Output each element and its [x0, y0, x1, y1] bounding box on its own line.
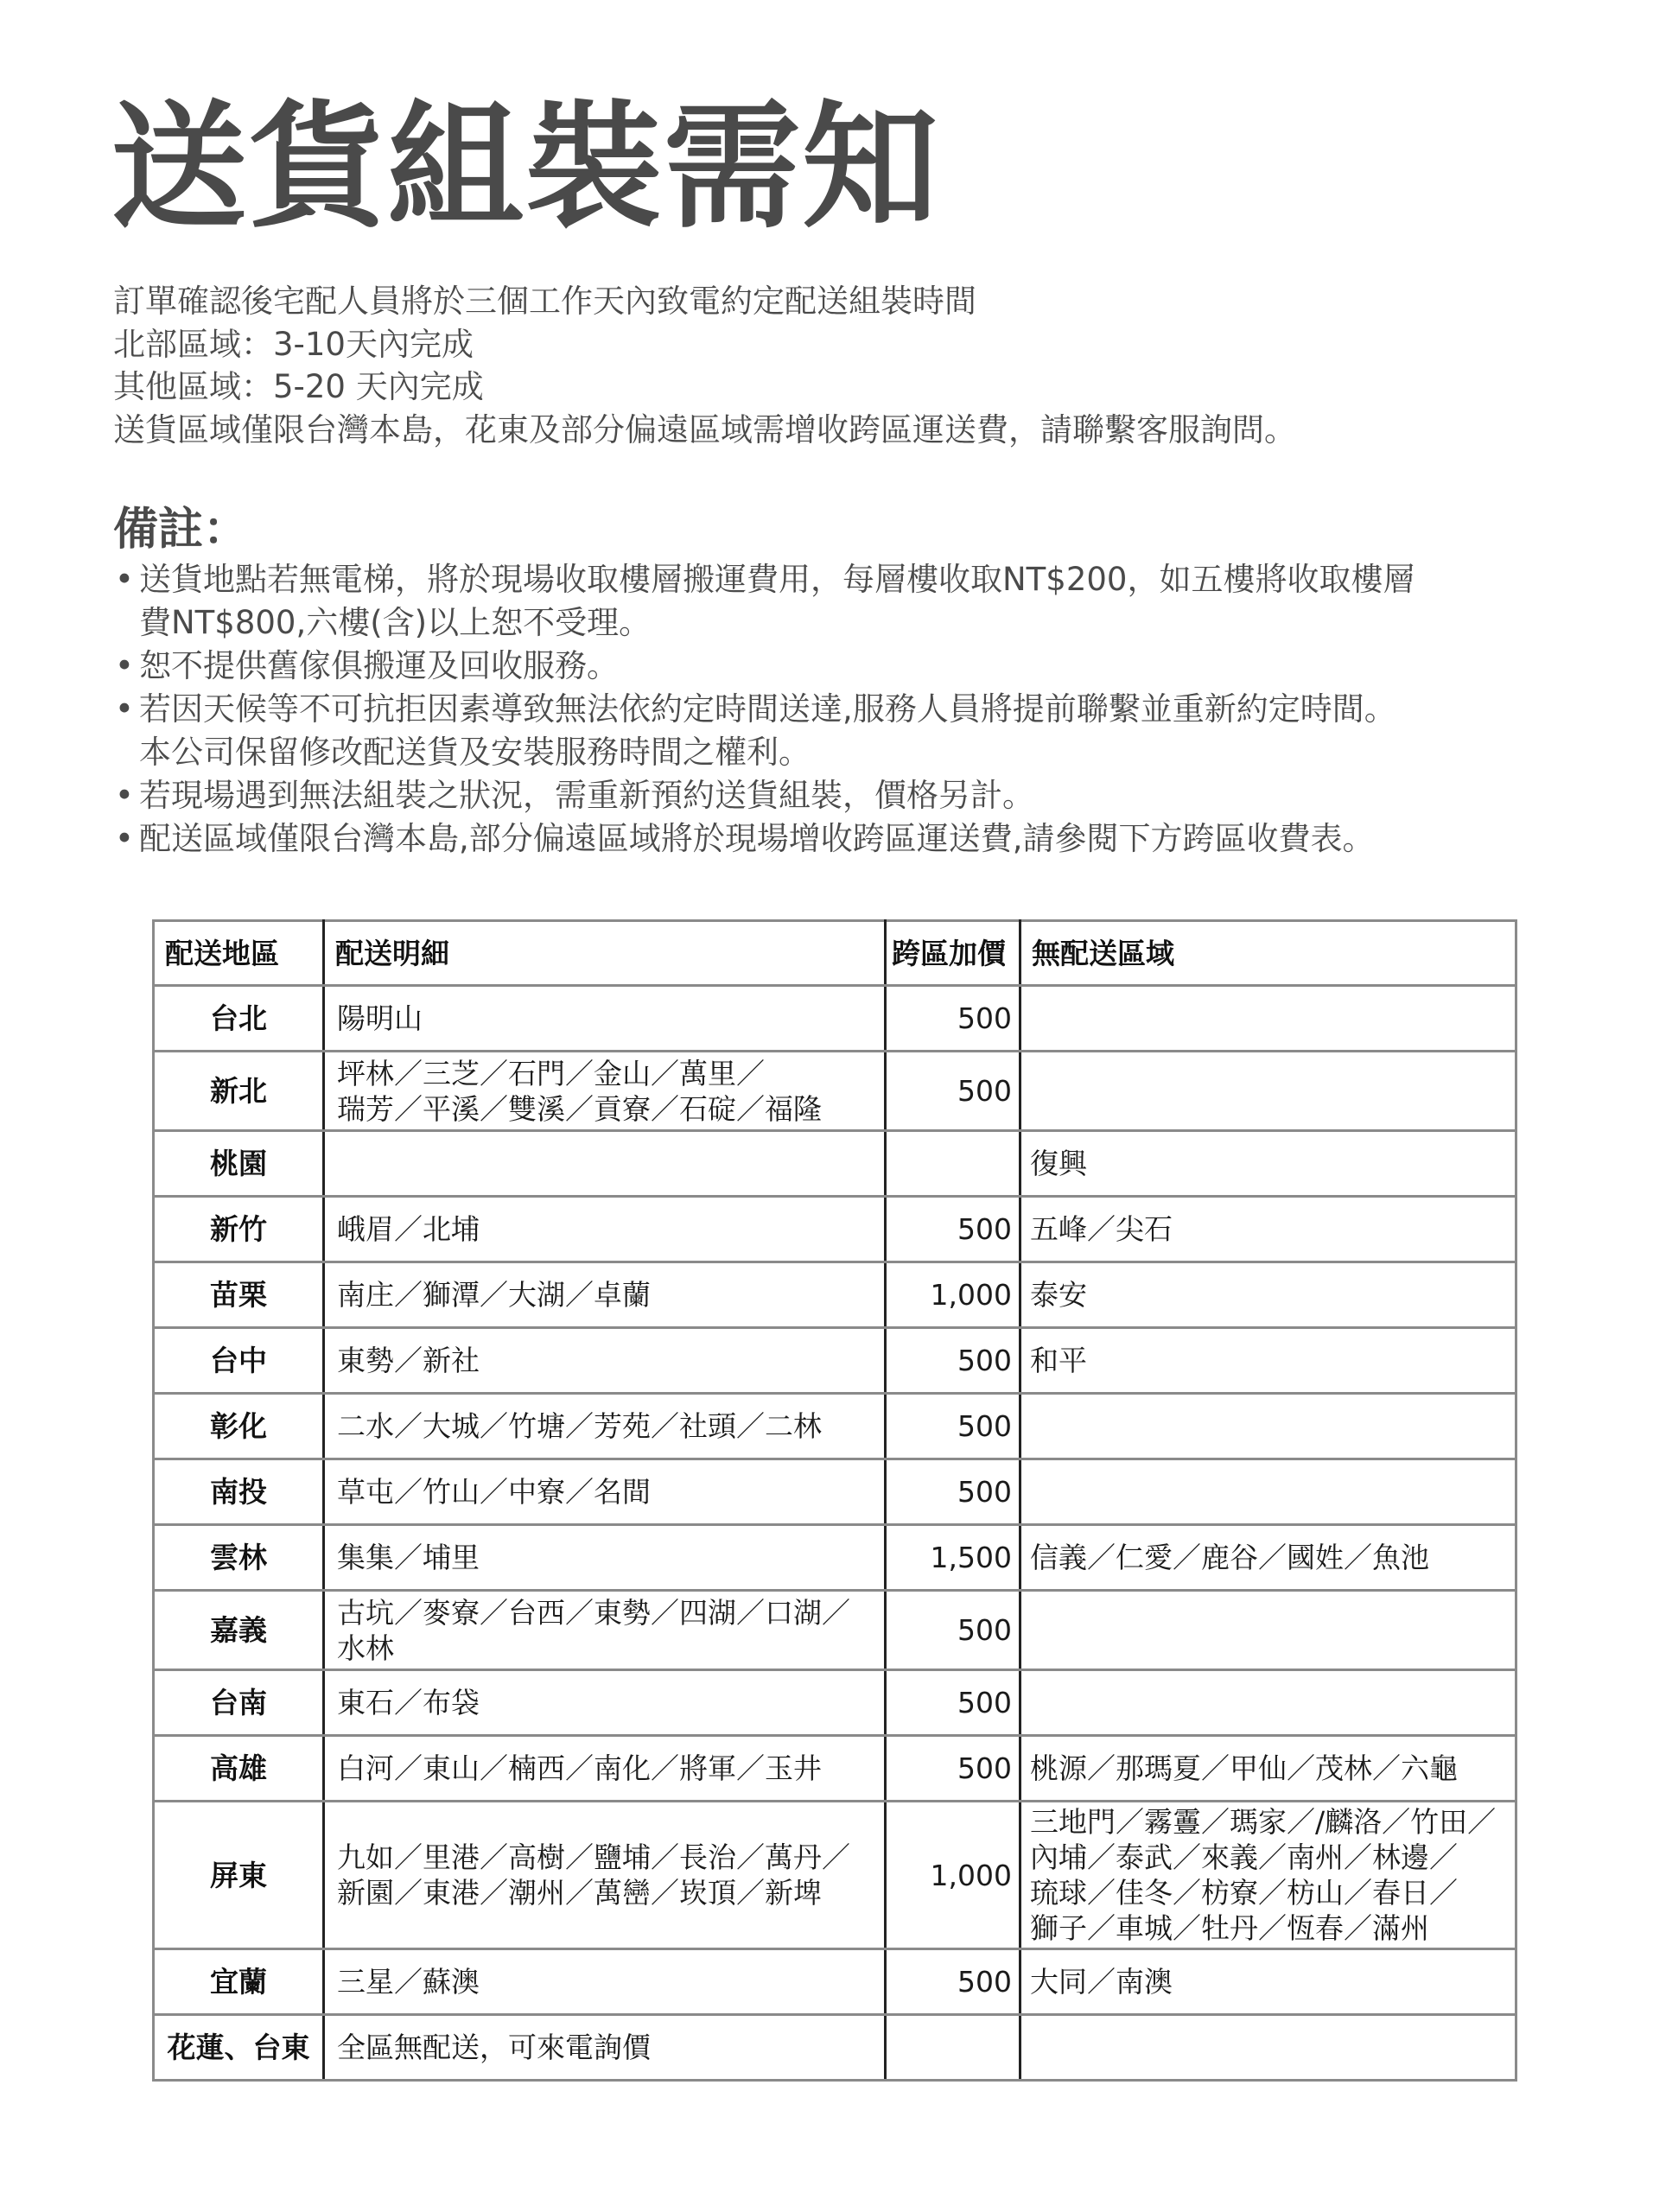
detail-cell: 三星／蘇澳	[324, 1949, 886, 2015]
region-cell: 高雄	[154, 1736, 324, 1802]
region-cell: 台南	[154, 1670, 324, 1736]
surcharge-cell: 500	[886, 1328, 1020, 1394]
column-header-surcharge: 跨區加價	[886, 921, 1020, 986]
column-header-detail: 配送明細	[324, 921, 886, 986]
no-delivery-cell	[1020, 1459, 1516, 1525]
table-row: 雲林 集集／埔里 1,500 信義／仁愛／鹿谷／國姓／魚池	[154, 1525, 1516, 1591]
note-item-assembly-issue: • 若現場遇到無法組裝之狀況，需重新預約送貨組裝，價格另計。	[113, 774, 1565, 817]
region-cell: 屏東	[154, 1802, 324, 1949]
bullet-icon: •	[115, 645, 134, 688]
no-delivery-line: 三地門／霧霻／瑪家／/麟洛／竹田／	[1030, 1804, 1506, 1840]
no-delivery-cell	[1020, 986, 1516, 1052]
note-text: 送貨地點若無電梯，將於現場收取樓層搬運費用，每層樓收取NT$200，如五樓將收取…	[139, 558, 1565, 601]
note-text: 費NT$800,六樓(含)以上恕不受理。	[139, 601, 1565, 645]
no-delivery-cell	[1020, 2015, 1516, 2081]
bullet-icon: •	[115, 817, 134, 861]
region-cell: 台北	[154, 986, 324, 1052]
table-row: 高雄 白河／東山／楠西／南化／將軍／玉井 500 桃源／那瑪夏／甲仙／茂林／六龜	[154, 1736, 1516, 1802]
no-delivery-cell: 泰安	[1020, 1262, 1516, 1328]
no-delivery-cell: 桃源／那瑪夏／甲仙／茂林／六龜	[1020, 1736, 1516, 1802]
table-row: 屏東 九如／里港／高樹／鹽埔／長治／萬丹／ 新園／東港／潮州／萬巒／崁頂／新埤 …	[154, 1802, 1516, 1949]
surcharge-cell: 500	[886, 1197, 1020, 1262]
surcharge-cell: 500	[886, 1459, 1020, 1525]
no-delivery-cell	[1020, 1394, 1516, 1459]
no-delivery-cell: 三地門／霧霻／瑪家／/麟洛／竹田／ 內埔／泰武／來義／南州／林邊／ 琉球／佳冬／…	[1020, 1802, 1516, 1949]
no-delivery-cell: 大同／南澳	[1020, 1949, 1516, 2015]
no-delivery-cell: 復興	[1020, 1131, 1516, 1197]
no-delivery-line: 和平	[1030, 1343, 1506, 1378]
bullet-icon: •	[115, 774, 134, 817]
detail-cell: 全區無配送，可來電詢價	[324, 2015, 886, 2081]
table-row: 新北 坪林／三芝／石門／金山／萬里／ 瑞芳／平溪／雙溪／貢寮／石碇／福隆 500	[154, 1052, 1516, 1131]
detail-cell: 九如／里港／高樹／鹽埔／長治／萬丹／ 新園／東港／潮州／萬巒／崁頂／新埤	[324, 1802, 886, 1949]
detail-cell	[324, 1131, 886, 1197]
note-item-no-recycling: • 恕不提供舊傢俱搬運及回收服務。	[113, 645, 1565, 688]
detail-line: 瑞芳／平溪／雙溪／貢寮／石碇／福隆	[337, 1091, 875, 1127]
table-row: 台中 東勢／新社 500 和平	[154, 1328, 1516, 1394]
region-cell: 桃園	[154, 1131, 324, 1197]
table-row: 宜蘭 三星／蘇澳 500 大同／南澳	[154, 1949, 1516, 2015]
table-row: 台北 陽明山 500	[154, 986, 1516, 1052]
surcharge-cell: 500	[886, 1736, 1020, 1802]
no-delivery-line: 泰安	[1030, 1277, 1506, 1313]
no-delivery-line: 內埔／泰武／來義／南州／林邊／	[1030, 1840, 1506, 1875]
surcharge-cell: 1,500	[886, 1525, 1020, 1591]
note-text: 本公司保留修改配送貨及安裝服務時間之權利。	[139, 731, 1565, 774]
surcharge-cell: 500	[886, 1591, 1020, 1670]
detail-cell: 白河／東山／楠西／南化／將軍／玉井	[324, 1736, 886, 1802]
table-row: 桃園 復興	[154, 1131, 1516, 1197]
detail-line: 集集／埔里	[337, 1540, 875, 1575]
table-row: 南投 草屯／竹山／中寮／名間 500	[154, 1459, 1516, 1525]
region-cell: 雲林	[154, 1525, 324, 1591]
surcharge-cell: 1,000	[886, 1802, 1020, 1949]
table-row: 彰化 二水／大城／竹塘／芳苑／社頭／二林 500	[154, 1394, 1516, 1459]
detail-cell: 陽明山	[324, 986, 886, 1052]
note-text: 恕不提供舊傢俱搬運及回收服務。	[139, 645, 1565, 688]
table-row: 花蓮、台東 全區無配送，可來電詢價	[154, 2015, 1516, 2081]
no-delivery-cell: 五峰／尖石	[1020, 1197, 1516, 1262]
detail-cell: 東石／布袋	[324, 1670, 886, 1736]
note-text: 配送區域僅限台灣本島,部分偏遠區域將於現場增收跨區運送費,請參閱下方跨區收費表。	[139, 817, 1565, 861]
detail-cell: 坪林／三芝／石門／金山／萬里／ 瑞芳／平溪／雙溪／貢寮／石碇／福隆	[324, 1052, 886, 1131]
detail-line: 白河／東山／楠西／南化／將軍／玉井	[337, 1751, 875, 1786]
note-text: 若現場遇到無法組裝之狀況，需重新預約送貨組裝，價格另計。	[139, 774, 1565, 817]
detail-line: 陽明山	[337, 1001, 875, 1036]
detail-cell: 二水／大城／竹塘／芳苑／社頭／二林	[324, 1394, 886, 1459]
region-cell: 彰化	[154, 1394, 324, 1459]
surcharge-table: 配送地區 配送明細 跨區加價 無配送區域 台北 陽明山 500 新北 坪林／三芝…	[152, 919, 1517, 2082]
no-delivery-line: 獅子／車城／牡丹／恆春／滿州	[1030, 1910, 1506, 1946]
detail-line: 坪林／三芝／石門／金山／萬里／	[337, 1056, 875, 1091]
bullet-icon: •	[115, 688, 134, 731]
table-row: 嘉義 古坑／麥寮／台西／東勢／四湖／口湖／ 水林 500	[154, 1591, 1516, 1670]
detail-cell: 草屯／竹山／中寮／名間	[324, 1459, 886, 1525]
detail-line: 南庄／獅潭／大湖／卓蘭	[337, 1277, 875, 1313]
detail-cell: 南庄／獅潭／大湖／卓蘭	[324, 1262, 886, 1328]
table-row: 台南 東石／布袋 500	[154, 1670, 1516, 1736]
region-cell: 南投	[154, 1459, 324, 1525]
detail-cell: 古坑／麥寮／台西／東勢／四湖／口湖／ 水林	[324, 1591, 886, 1670]
region-cell: 新竹	[154, 1197, 324, 1262]
intro-line-other-regions: 其他區域：5-20 天內完成	[113, 365, 1296, 409]
region-cell: 嘉義	[154, 1591, 324, 1670]
surcharge-cell: 1,000	[886, 1262, 1020, 1328]
intro-line-schedule-call: 訂單確認後宅配人員將於三個工作天內致電約定配送組裝時間	[113, 280, 1296, 323]
no-delivery-line: 大同／南澳	[1030, 1964, 1506, 1999]
region-cell: 台中	[154, 1328, 324, 1394]
notes-list: • 送貨地點若無電梯，將於現場收取樓層搬運費用，每層樓收取NT$200，如五樓將…	[113, 558, 1565, 861]
column-header-no-delivery: 無配送區域	[1020, 921, 1516, 986]
surcharge-cell: 500	[886, 1394, 1020, 1459]
detail-line: 全區無配送，可來電詢價	[337, 2030, 875, 2065]
bullet-icon: •	[115, 558, 134, 601]
detail-line: 草屯／竹山／中寮／名間	[337, 1474, 875, 1510]
detail-line: 古坑／麥寮／台西／東勢／四湖／口湖／	[337, 1595, 875, 1630]
detail-line: 東石／布袋	[337, 1685, 875, 1720]
surcharge-cell: 500	[886, 1670, 1020, 1736]
detail-line: 峨眉／北埔	[337, 1211, 875, 1247]
no-delivery-cell	[1020, 1670, 1516, 1736]
table-row: 苗栗 南庄／獅潭／大湖／卓蘭 1,000 泰安	[154, 1262, 1516, 1328]
detail-cell: 東勢／新社	[324, 1328, 886, 1394]
region-cell: 新北	[154, 1052, 324, 1131]
intro-line-north-region: 北部區域：3-10天內完成	[113, 323, 1296, 366]
intro-line-delivery-area: 送貨區域僅限台灣本島，花東及部分偏遠區域需增收跨區運送費，請聯繫客服詢問。	[113, 409, 1296, 452]
detail-line: 水林	[337, 1630, 875, 1666]
no-delivery-line: 五峰／尖石	[1030, 1211, 1506, 1247]
detail-cell: 集集／埔里	[324, 1525, 886, 1591]
region-cell: 宜蘭	[154, 1949, 324, 2015]
surcharge-cell	[886, 1131, 1020, 1197]
no-delivery-line: 琉球／佳冬／枋寮／枋山／春日／	[1030, 1875, 1506, 1910]
note-text: 若因天候等不可抗拒因素導致無法依約定時間送達,服務人員將提前聯繫並重新約定時間。	[139, 688, 1565, 731]
no-delivery-cell	[1020, 1052, 1516, 1131]
note-item-remote-surcharge: • 配送區域僅限台灣本島,部分偏遠區域將於現場增收跨區運送費,請參閱下方跨區收費…	[113, 817, 1565, 861]
surcharge-cell: 500	[886, 1949, 1020, 2015]
surcharge-cell: 500	[886, 1052, 1020, 1131]
no-delivery-cell: 和平	[1020, 1328, 1516, 1394]
detail-line: 東勢／新社	[337, 1343, 875, 1378]
no-delivery-cell: 信義／仁愛／鹿谷／國姓／魚池	[1020, 1525, 1516, 1591]
intro-section: 訂單確認後宅配人員將於三個工作天內致電約定配送組裝時間 北部區域：3-10天內完…	[113, 280, 1296, 451]
table-row: 新竹 峨眉／北埔 500 五峰／尖石	[154, 1197, 1516, 1262]
region-cell: 苗栗	[154, 1262, 324, 1328]
detail-cell: 峨眉／北埔	[324, 1197, 886, 1262]
surcharge-cell: 500	[886, 986, 1020, 1052]
no-delivery-line: 信義／仁愛／鹿谷／國姓／魚池	[1030, 1540, 1506, 1575]
no-delivery-line: 桃源／那瑪夏／甲仙／茂林／六龜	[1030, 1751, 1506, 1786]
no-delivery-line: 復興	[1030, 1146, 1506, 1181]
notes-heading: 備註：	[113, 499, 248, 560]
detail-line: 九如／里港／高樹／鹽埔／長治／萬丹／	[337, 1840, 875, 1875]
table-header-row: 配送地區 配送明細 跨區加價 無配送區域	[154, 921, 1516, 986]
note-item-force-majeure: • 若因天候等不可抗拒因素導致無法依約定時間送達,服務人員將提前聯繫並重新約定時…	[113, 688, 1565, 774]
page-title: 送貨組裝需知	[111, 90, 940, 245]
note-item-stairs-fee: • 送貨地點若無電梯，將於現場收取樓層搬運費用，每層樓收取NT$200，如五樓將…	[113, 558, 1565, 645]
detail-line: 三星／蘇澳	[337, 1964, 875, 1999]
surcharge-cell	[886, 2015, 1020, 2081]
column-header-region: 配送地區	[154, 921, 324, 986]
detail-line: 新園／東港／潮州／萬巒／崁頂／新埤	[337, 1875, 875, 1910]
region-cell: 花蓮、台東	[154, 2015, 324, 2081]
detail-line: 二水／大城／竹塘／芳苑／社頭／二林	[337, 1408, 875, 1444]
no-delivery-cell	[1020, 1591, 1516, 1670]
